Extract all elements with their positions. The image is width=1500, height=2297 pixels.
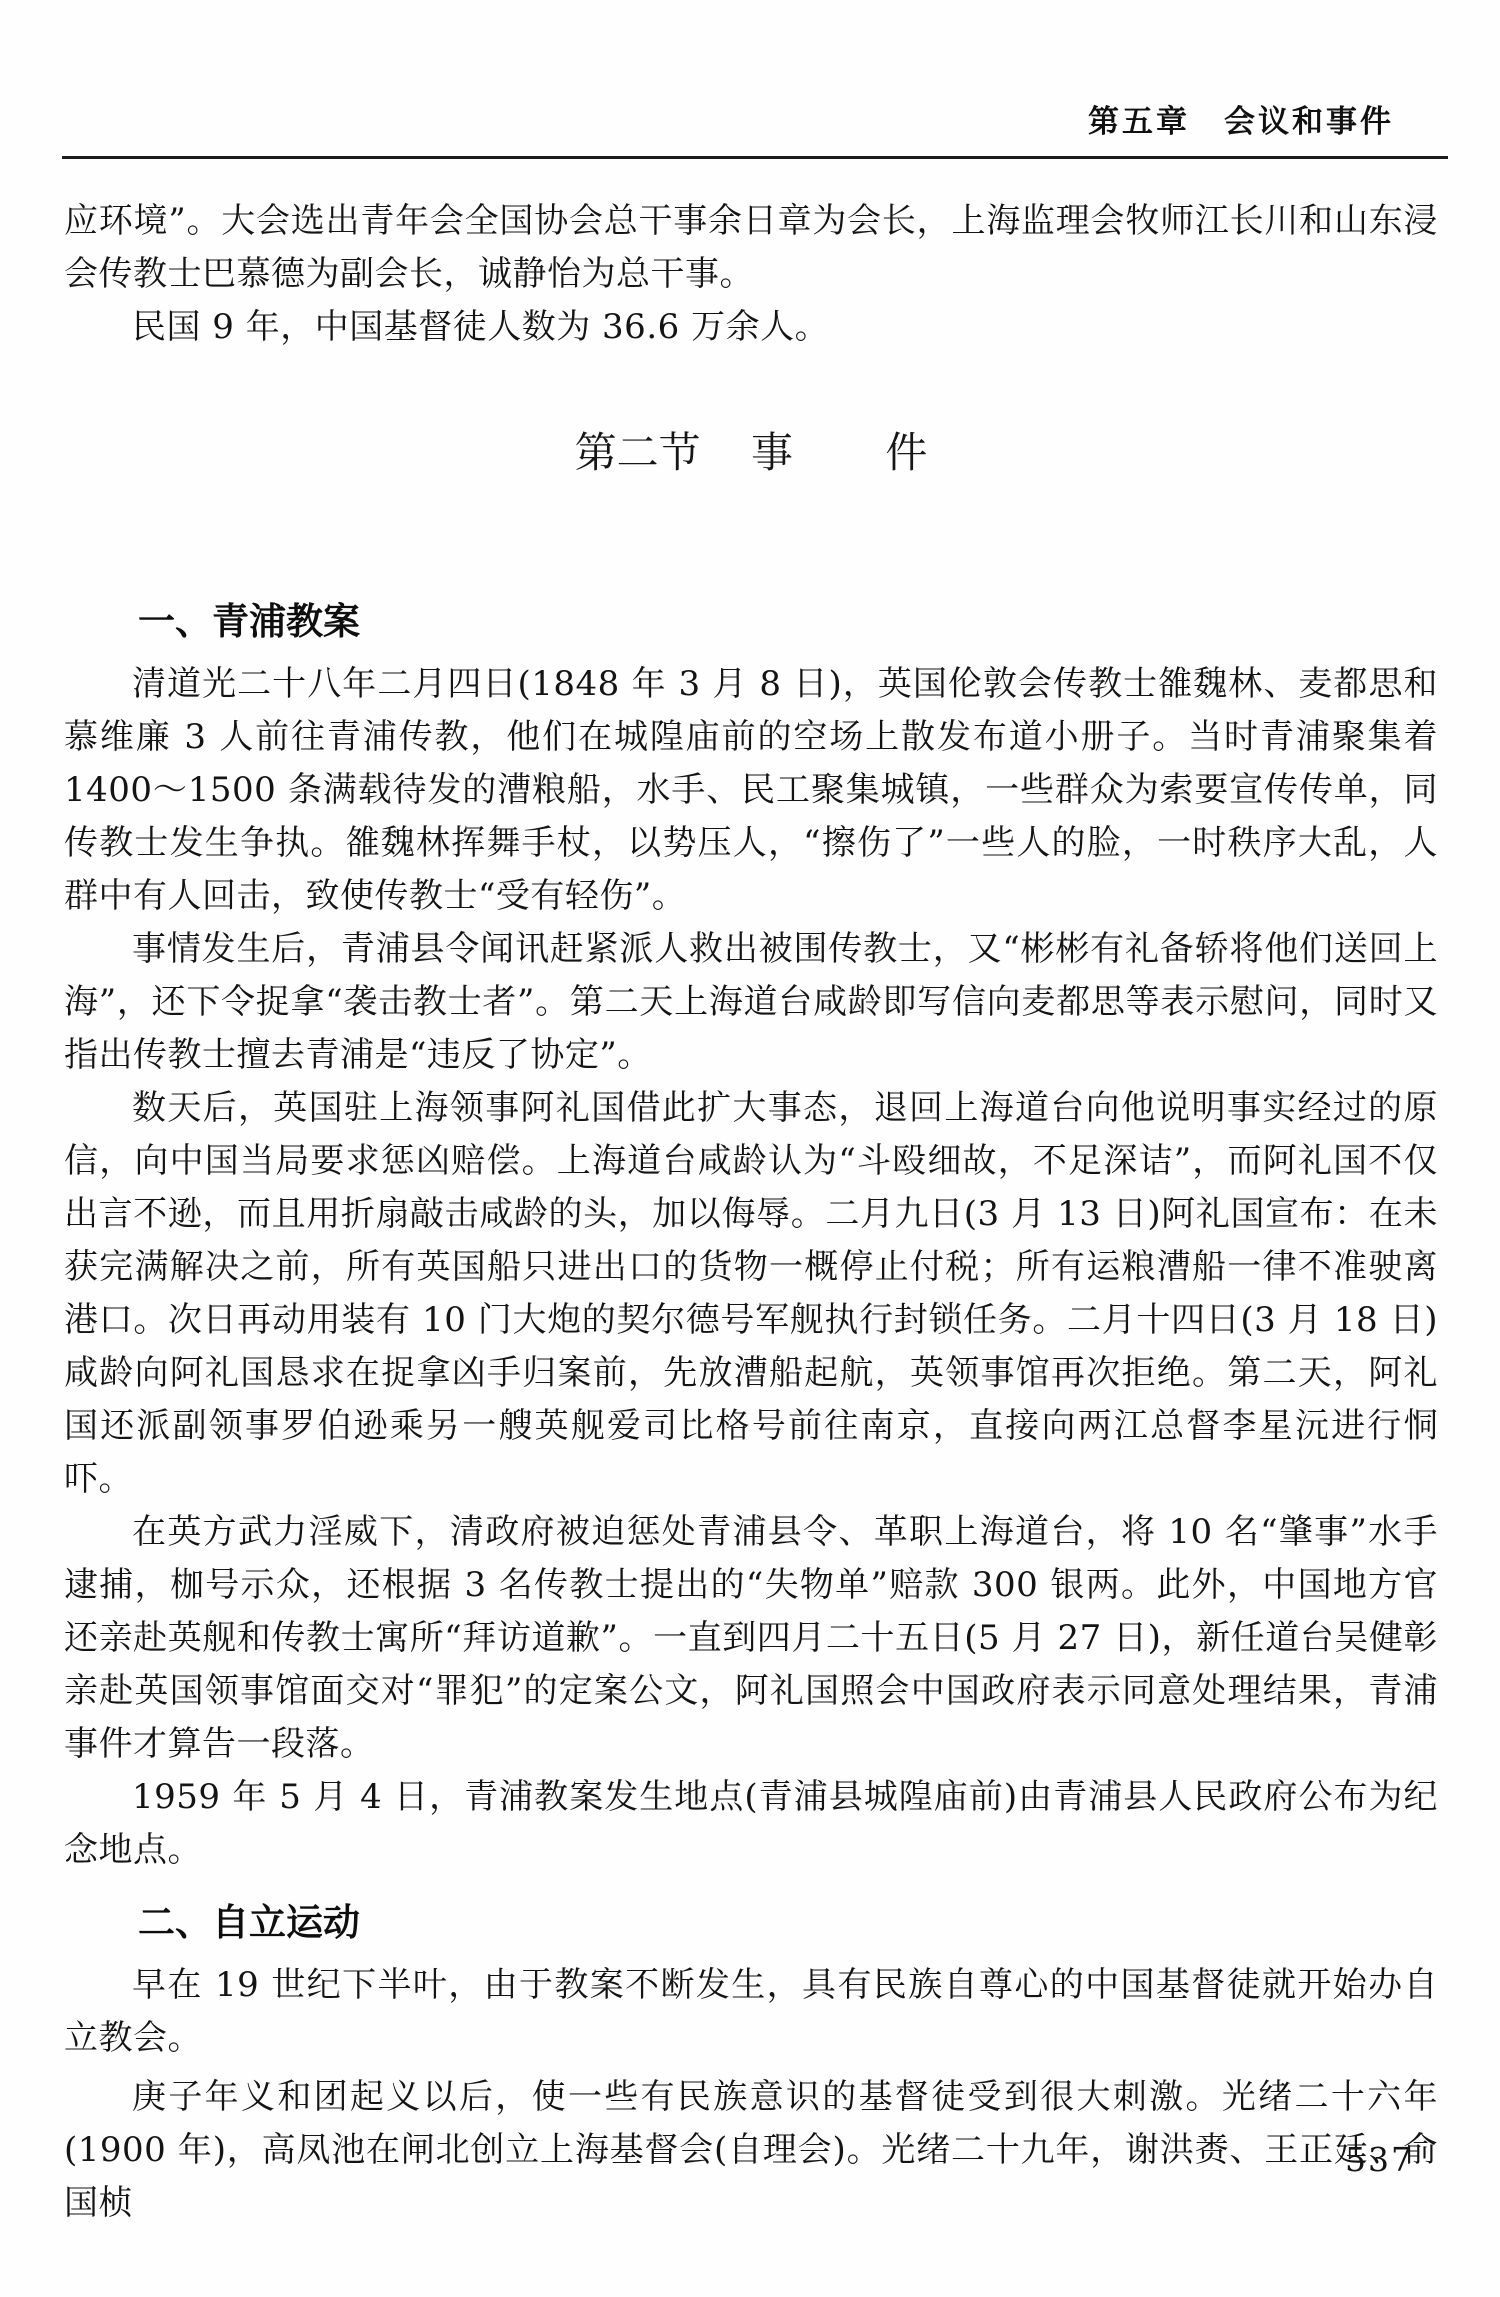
- paragraph: 事情发生后，青浦县令闻讯赶紧派人救出被围传教士，又“彬彬有礼备轿将他们送回上海”…: [64, 923, 1438, 1082]
- paragraph: 民国 9 年，中国基督徒人数为 36.6 万余人。: [64, 301, 1438, 354]
- paragraph: 1959 年 5 月 4 日，青浦教案发生地点(青浦县城隍庙前)由青浦县人民政府…: [64, 1771, 1438, 1877]
- paragraph-continuation: 应环境”。大会选出青年会全国协会总干事余日章为会长，上海监理会牧师江长川和山东浸…: [64, 195, 1438, 301]
- paragraph: 庚子年义和团起义以后，使一些有民族意识的基督徒受到很大刺激。光绪二十六年(190…: [64, 2071, 1438, 2230]
- header-divider: [62, 156, 1448, 159]
- section-title-word2: 件: [885, 428, 927, 477]
- running-header: 第五章 会议和事件: [0, 0, 1500, 141]
- chapter-title: 第五章 会议和事件: [1088, 104, 1394, 140]
- paragraph: 在英方武力淫威下，清政府被迫惩处青浦县令、革职上海道台，将 10 名“肇事”水手…: [64, 1506, 1438, 1771]
- book-page: 第五章 会议和事件 应环境”。大会选出青年会全国协会总干事余日章为会长，上海监理…: [0, 0, 1500, 2297]
- subsection-heading-zili: 二、自立运动: [64, 1901, 1438, 1945]
- paragraph: 早在 19 世纪下半叶，由于教案不断发生，具有民族自尊心的中国基督徒就开始办自立…: [64, 1959, 1438, 2065]
- paragraph: 清道光二十八年二月四日(1848 年 3 月 8 日)，英国伦敦会传教士雒魏林、…: [64, 658, 1438, 923]
- section-title-prefix: 第二节: [575, 428, 701, 477]
- paragraph: 数天后，英国驻上海领事阿礼国借此扩大事态，退回上海道台向他说明事实经过的原信，向…: [64, 1082, 1438, 1506]
- page-number: 537: [1345, 2140, 1414, 2179]
- section-title-word1: 事: [751, 428, 793, 477]
- section-title: 第二节事件: [64, 424, 1438, 482]
- page-content: 应环境”。大会选出青年会全国协会总干事余日章为会长，上海监理会牧师江长川和山东浸…: [0, 195, 1500, 2230]
- subsection-heading-qingpu: 一、青浦教案: [64, 600, 1438, 644]
